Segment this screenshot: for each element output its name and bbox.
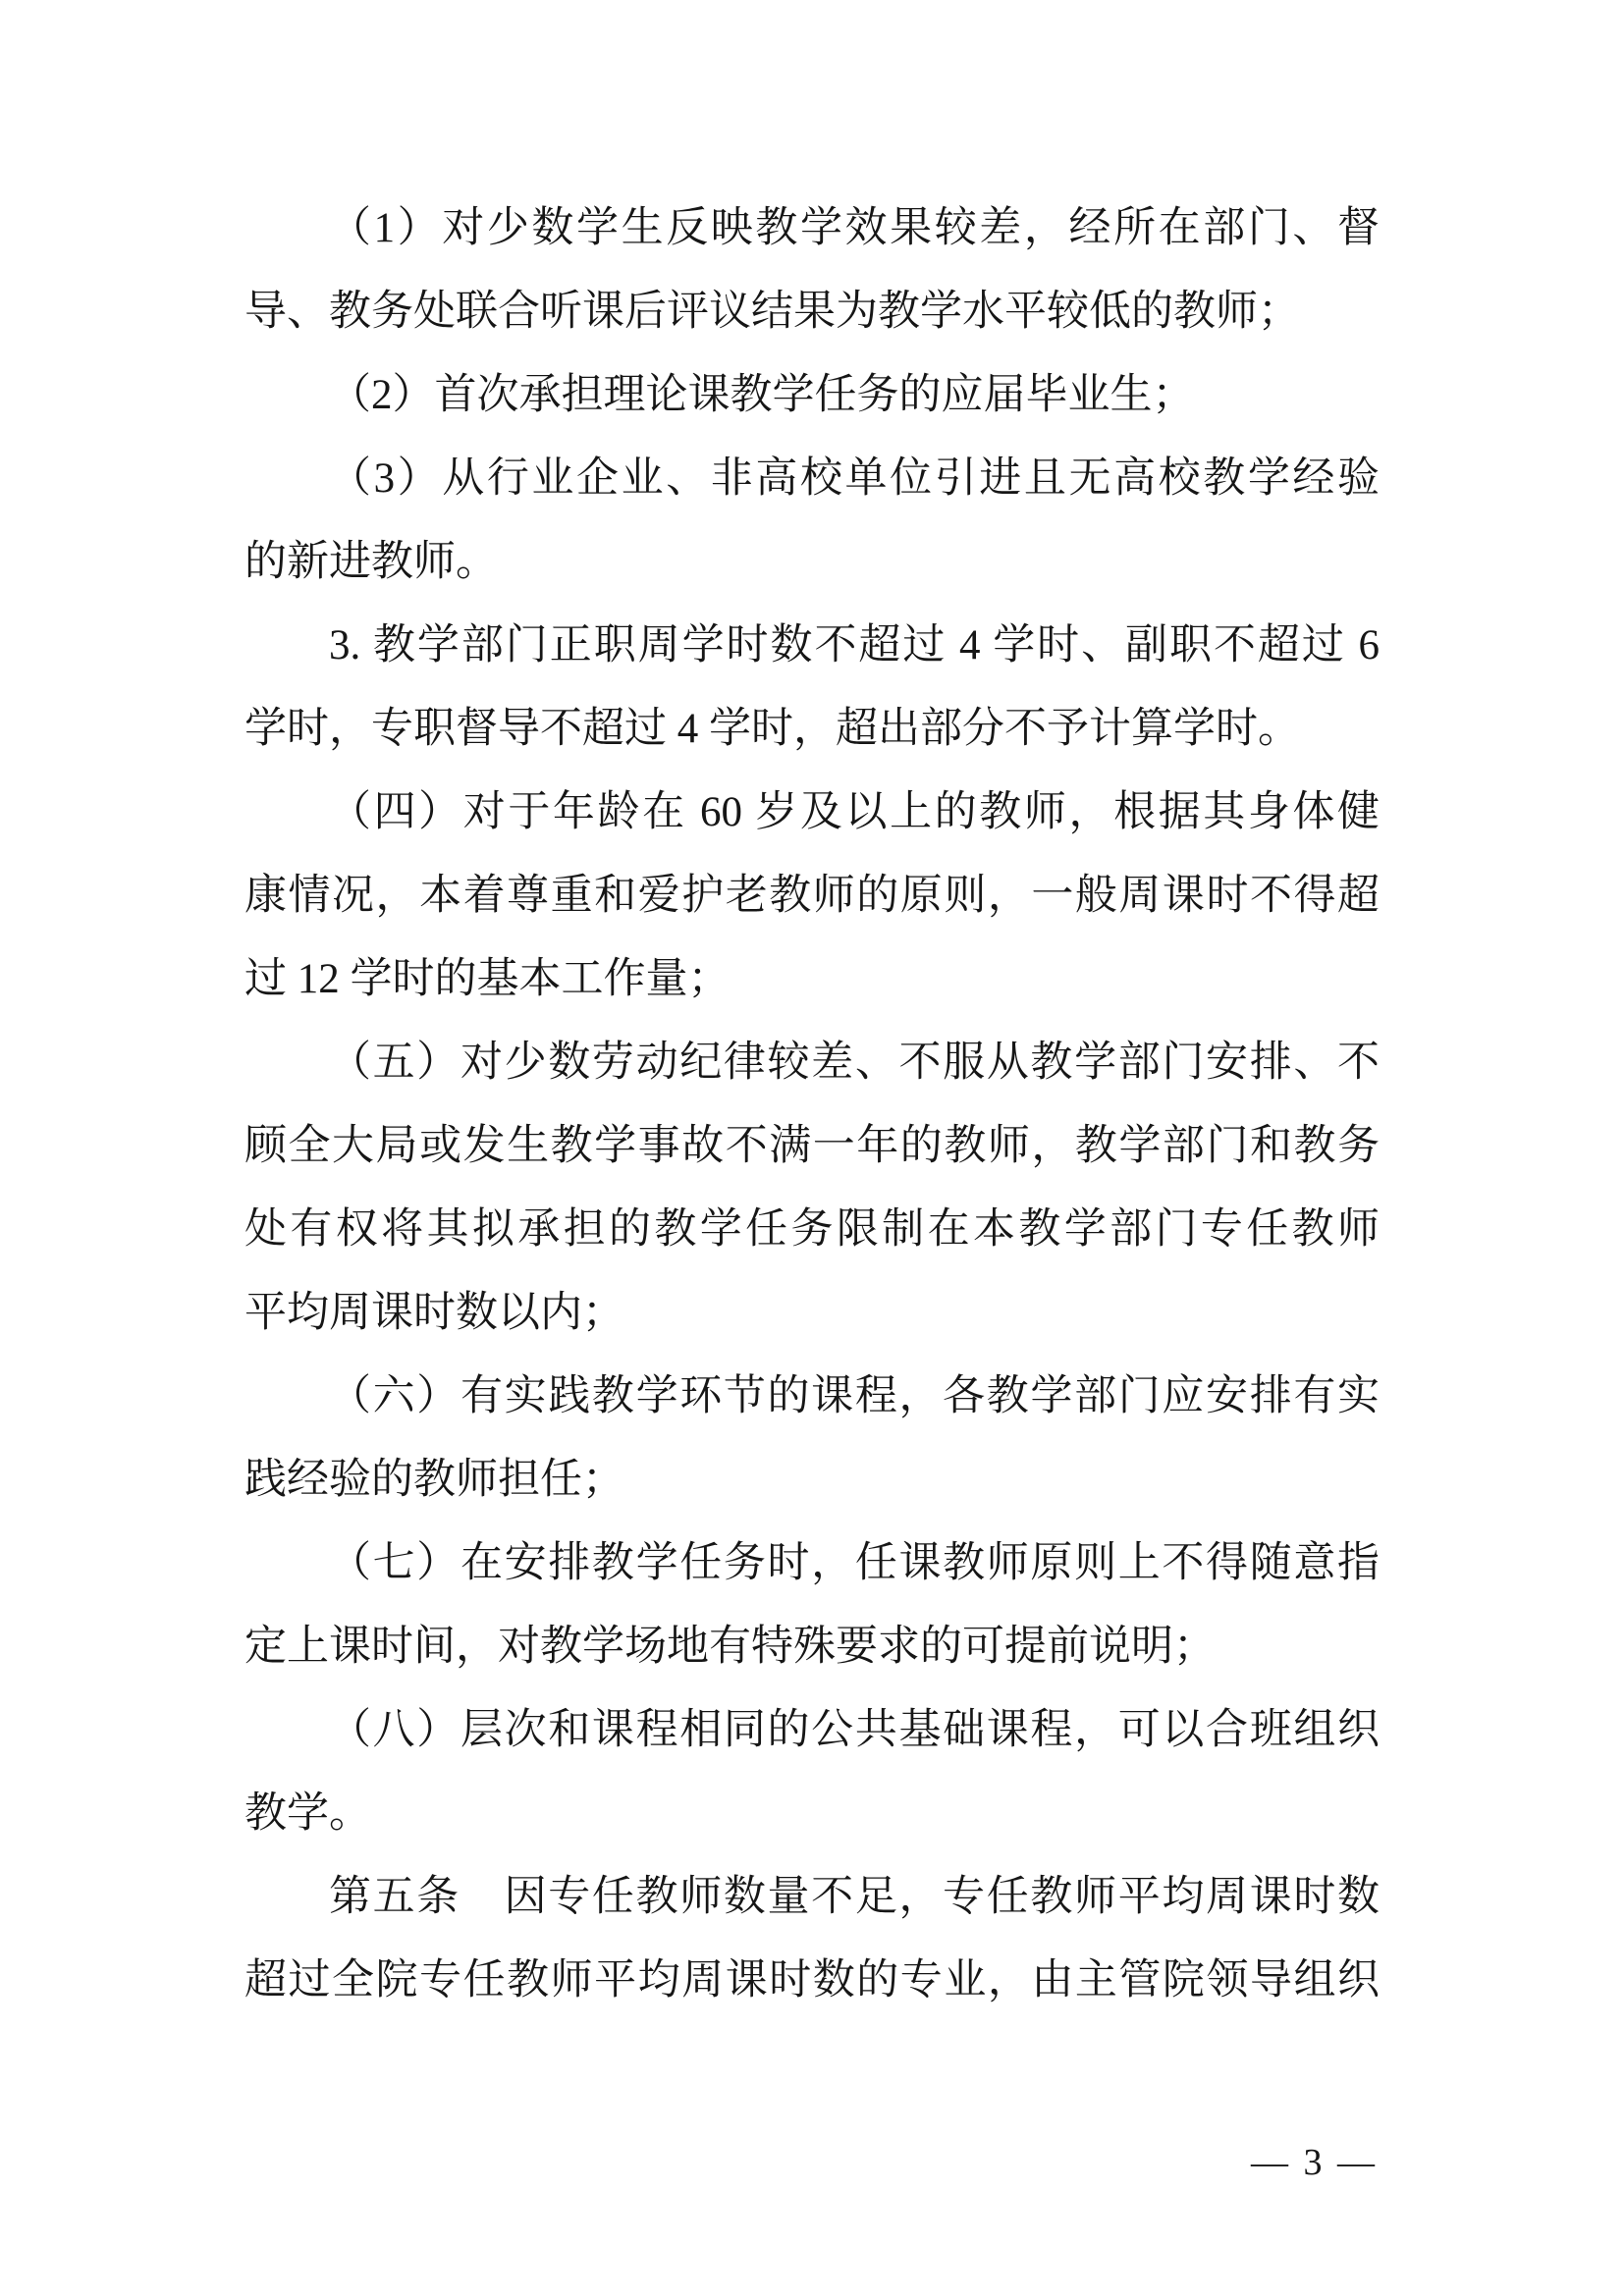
paragraph-item-3: （3）从行业企业、非高校单位引进且无高校教学经验 的新进教师。: [244, 437, 1380, 604]
text-line: （五）对少数劳动纪律较差、不服从教学部门安排、不: [244, 1021, 1380, 1104]
paragraph-item-1: （1）对少数学生反映教学效果较差，经所在部门、督 导、教务处联合听课后评议结果为…: [244, 187, 1380, 353]
text-line: 学时，专职督导不超过 4 学时，超出部分不予计算学时。: [244, 687, 1380, 771]
text-line: （八）层次和课程相同的公共基础课程，可以合班组织: [244, 1688, 1380, 1772]
text-line: 康情况，本着尊重和爱护老教师的原则，一般周课时不得超: [244, 854, 1380, 937]
paragraph-item-7: （七）在安排教学任务时，任课教师原则上不得随意指 定上课时间，对教学场地有特殊要…: [244, 1522, 1380, 1688]
text-line: （2）首次承担理论课教学任务的应届毕业生；: [244, 353, 1380, 437]
text-line: （四）对于年龄在 60 岁及以上的教师，根据其身体健: [244, 771, 1380, 854]
paragraph-item-9-article-5: 第五条 因专任教师数量不足，专任教师平均周课时数 超过全院专任教师平均周课时数的…: [244, 1855, 1380, 2022]
text-line: （七）在安排教学任务时，任课教师原则上不得随意指: [244, 1522, 1380, 1605]
text-line: 处有权将其拟承担的教学任务限制在本教学部门专任教师: [244, 1188, 1380, 1271]
paragraph-item-2: （2）首次承担理论课教学任务的应届毕业生；: [244, 353, 1380, 437]
text-line: （六）有实践教学环节的课程，各教学部门应安排有实: [244, 1355, 1380, 1438]
text-line: （1）对少数学生反映教学效果较差，经所在部门、督: [244, 187, 1380, 270]
text-line: 顾全大局或发生教学事故不满一年的教师，教学部门和教务: [244, 1104, 1380, 1188]
text-line: 平均周课时数以内；: [244, 1271, 1380, 1355]
text-line: （3）从行业企业、非高校单位引进且无高校教学经验: [244, 437, 1380, 520]
text-line: 导、教务处联合听课后评议结果为教学水平较低的教师；: [244, 270, 1380, 353]
text-line: 3. 教学部门正职周学时数不超过 4 学时、副职不超过 6: [244, 604, 1380, 687]
page-number: — 3 —: [1251, 2138, 1378, 2187]
document-body: （1）对少数学生反映教学效果较差，经所在部门、督 导、教务处联合听课后评议结果为…: [244, 187, 1380, 2022]
paragraph-item-6: （六）有实践教学环节的课程，各教学部门应安排有实 践经验的教师担任；: [244, 1355, 1380, 1522]
text-line: 定上课时间，对教学场地有特殊要求的可提前说明；: [244, 1605, 1380, 1688]
text-line: 第五条 因专任教师数量不足，专任教师平均周课时数: [244, 1855, 1380, 1939]
text-line: 践经验的教师担任；: [244, 1438, 1380, 1522]
paragraph-item-5: （五）对少数劳动纪律较差、不服从教学部门安排、不 顾全大局或发生教学事故不满一年…: [244, 1021, 1380, 1355]
document-page: （1）对少数学生反映教学效果较差，经所在部门、督 导、教务处联合听课后评议结果为…: [0, 0, 1624, 2296]
text-line: 超过全院专任教师平均周课时数的专业，由主管院领导组织: [244, 1939, 1380, 2022]
paragraph-item-4: （四）对于年龄在 60 岁及以上的教师，根据其身体健 康情况，本着尊重和爱护老教…: [244, 771, 1380, 1021]
paragraph-item-3-sub: 3. 教学部门正职周学时数不超过 4 学时、副职不超过 6 学时，专职督导不超过…: [244, 604, 1380, 771]
text-line: 的新进教师。: [244, 520, 1380, 604]
text-line: 过 12 学时的基本工作量；: [244, 937, 1380, 1021]
paragraph-item-8: （八）层次和课程相同的公共基础课程，可以合班组织 教学。: [244, 1688, 1380, 1855]
text-line: 教学。: [244, 1772, 1380, 1855]
